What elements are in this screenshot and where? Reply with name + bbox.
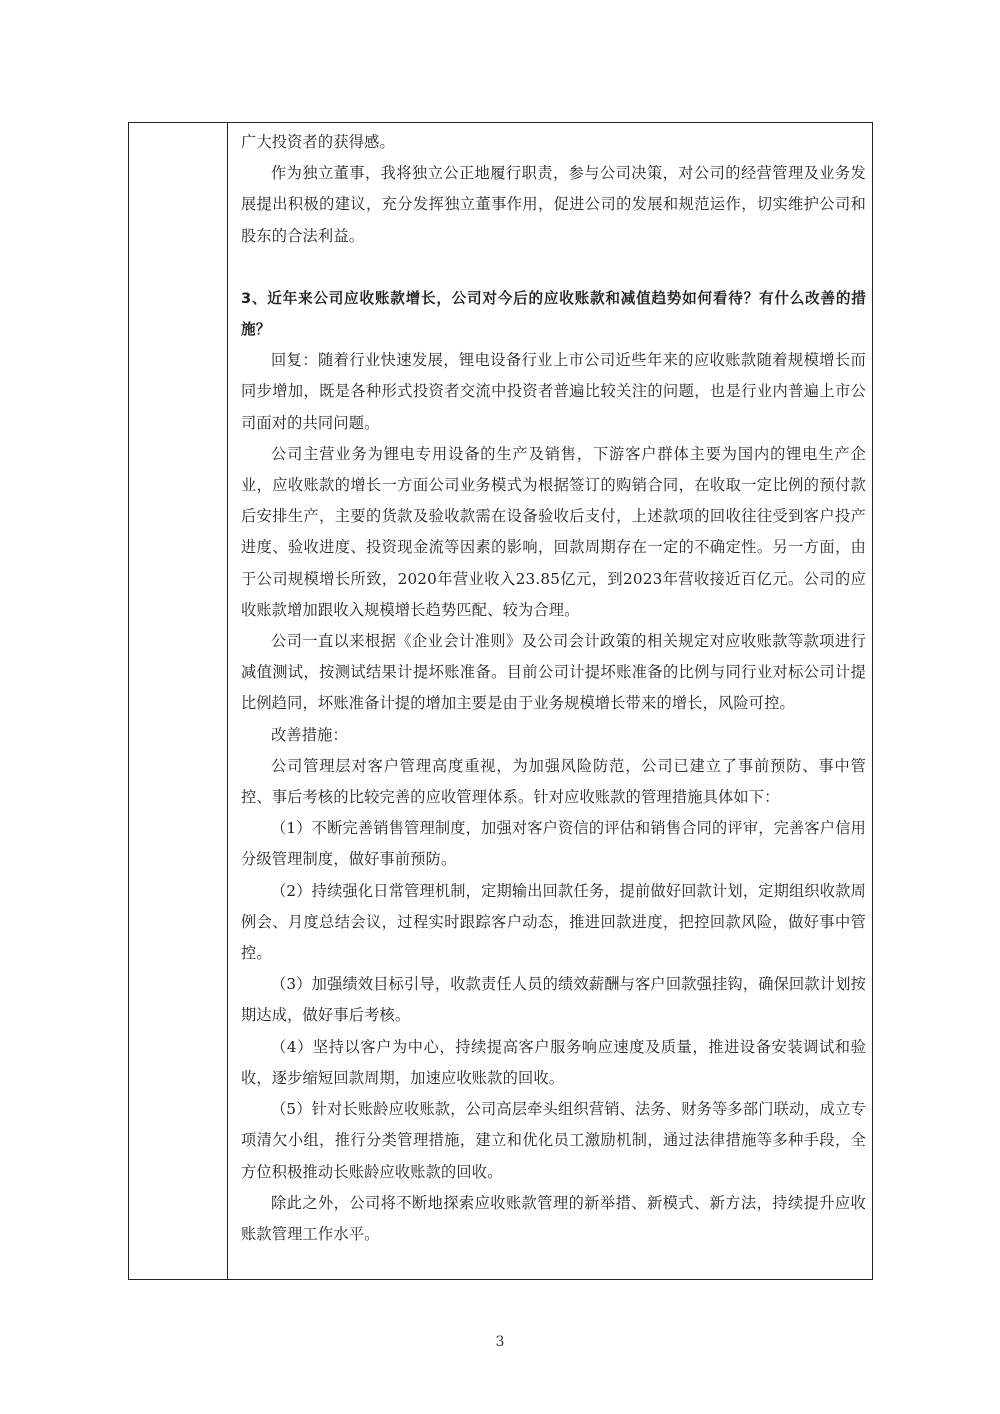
table-content-cell: 广大投资者的获得感。 作为独立董事，我将独立公正地履行职责，参与公司决策，对公司… xyxy=(228,123,872,1279)
paragraph: 改善措施： xyxy=(241,720,866,751)
list-item: （5）针对长账龄应收账款，公司高层牵头组织营销、法务、财务等多部门联动，成立专项… xyxy=(241,1094,866,1188)
paragraph: 除此之外，公司将不断地探索应收账款管理的新举措、新模式、新方法，持续提升应收账款… xyxy=(241,1188,866,1250)
paragraph: 广大投资者的获得感。 xyxy=(241,127,866,158)
list-item: （2）持续强化日常管理机制，定期输出回款任务，提前做好回款计划，定期组织收款周例… xyxy=(241,876,866,970)
spacer xyxy=(241,1250,866,1279)
paragraph: 公司主营业务为锂电专用设备的生产及销售，下游客户群体主要为国内的锂电生产企业，应… xyxy=(241,439,866,626)
paragraph: 作为独立董事，我将独立公正地履行职责，参与公司决策，对公司的经营管理及业务发展提… xyxy=(241,158,866,252)
list-item: （1）不断完善销售管理制度，加强对客户资信的评估和销售合同的评审，完善客户信用分… xyxy=(241,813,866,875)
question-heading-3: 3、近年来公司应收账款增长，公司对今后的应收账款和减值趋势如何看待？有什么改善的… xyxy=(241,283,866,345)
paragraph: 公司一直以来根据《企业会计准则》及公司会计政策的相关规定对应收账款等款项进行减值… xyxy=(241,626,866,720)
list-item: （4）坚持以客户为中心，持续提高客户服务响应速度及质量，推进设备安装调试和验收，… xyxy=(241,1032,866,1094)
paragraph: 公司管理层对客户管理高度重视，为加强风险防范，公司已建立了事前预防、事中管控、事… xyxy=(241,751,866,813)
list-item: （3）加强绩效目标引导，收款责任人员的绩效薪酬与客户回款强挂钩，确保回款计划按期… xyxy=(241,969,866,1031)
spacer xyxy=(241,252,866,283)
table-left-cell xyxy=(129,123,228,1279)
answer-paragraph: 回复：随着行业快速发展，锂电设备行业上市公司近些年来的应收账款随着规模增长而同步… xyxy=(241,345,866,439)
qa-table: 广大投资者的获得感。 作为独立董事，我将独立公正地履行职责，参与公司决策，对公司… xyxy=(128,122,873,1280)
page-number: 3 xyxy=(0,1334,1000,1350)
